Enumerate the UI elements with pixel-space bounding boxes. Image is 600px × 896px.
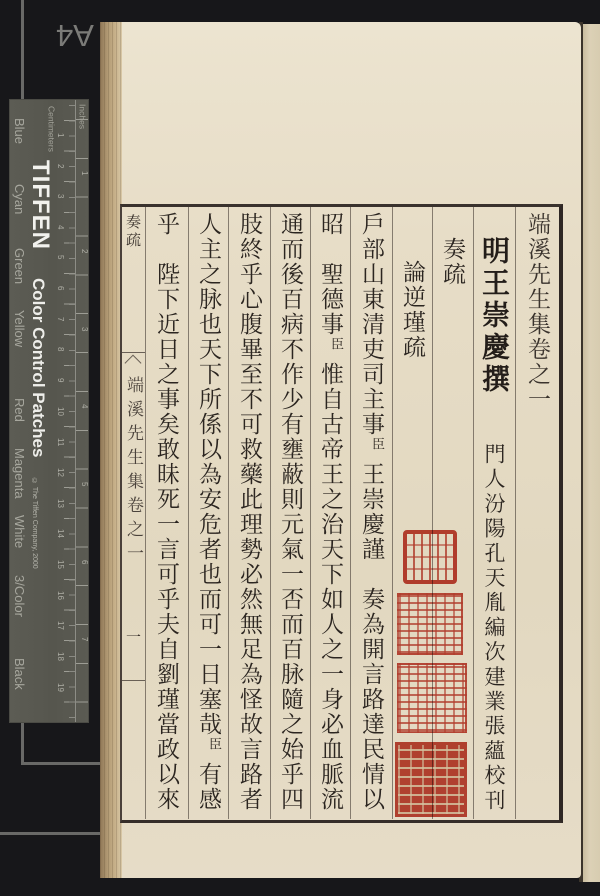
minister-small-char: 臣: [328, 337, 343, 362]
body-text: 戶部山東清吏司主事: [358, 212, 384, 437]
column-rule: [145, 207, 146, 819]
inch-mark: 2: [80, 249, 88, 253]
cm-mark: 10: [56, 407, 64, 416]
body-column-4: 肢終乎心腹畢至不可救藥此理勢必然無足為怪故言路者: [237, 212, 260, 812]
margin-book-title: 端溪先生集卷之一: [124, 376, 141, 568]
patch-label-red: Red: [13, 398, 26, 422]
body-column-5: 人主之脉也天下所係以為安危者也而可一日塞哉臣有感: [196, 212, 219, 812]
cm-mark: 11: [56, 438, 64, 446]
patch-label-green: Green: [13, 248, 26, 284]
color-card-copyright: © The Tiffen Company, 2000: [31, 478, 38, 569]
cm-mark: 17: [56, 621, 64, 630]
collector-seal-icon: [395, 742, 467, 817]
column-rule: [392, 207, 393, 819]
cm-mark: 1: [56, 133, 64, 137]
patch-label-black: Black: [13, 658, 26, 690]
paper-size-label: A4: [56, 20, 94, 51]
memorial-title: 論逆瑾疏: [400, 260, 423, 360]
column-rule: [515, 207, 516, 819]
patch-label-3color: 3/Color: [13, 575, 26, 617]
body-text: 肢終乎心腹畢至不可救藥此理勢必然無足為怪故言路者: [236, 212, 262, 812]
cm-mark: 4: [56, 225, 64, 229]
inch-mark: 4: [80, 404, 88, 408]
collector-seal-icon: [397, 663, 467, 733]
cm-mark: 8: [56, 347, 64, 351]
minister-small-char: 臣: [369, 437, 384, 462]
cm-mark: 18: [56, 652, 64, 661]
column-rule: [310, 207, 311, 819]
section-heading: 奏疏: [440, 237, 463, 287]
patch-label-blue: Blue: [13, 118, 26, 144]
fishtail-rule: [122, 352, 145, 353]
column-rule: [188, 207, 189, 819]
volume-title: 端溪先生集卷之一: [525, 212, 548, 412]
patch-label-yellow: Yellow: [13, 310, 26, 347]
body-text: 通而後百病不作少有壅蔽則元氣一否而百脉隨之始乎四: [277, 212, 303, 812]
body-text: 昭 聖德事: [317, 212, 343, 337]
body-text: 王崇慶謹 奏為開言路達民情以: [358, 462, 384, 812]
margin-lower-rule: [122, 680, 145, 681]
cm-mark: 2: [56, 164, 64, 168]
body-column-1: 戶部山東清吏司主事臣王崇慶謹 奏為開言路達民情以: [359, 212, 382, 812]
background-guide-line: [21, 722, 24, 764]
cm-mark: 12: [56, 468, 64, 477]
adjacent-page-edge: [583, 24, 600, 882]
inch-ruler-ticks: [76, 100, 88, 722]
body-text: 人主之脉也天下所係以為安危者也而可一日塞哉: [195, 212, 221, 737]
inch-mark: 5: [80, 482, 88, 486]
cm-mark: 3: [56, 194, 64, 198]
margin-section-label: 奏疏: [125, 214, 140, 250]
cm-mark: 7: [56, 317, 64, 321]
background-guide-line: [21, 0, 24, 100]
cm-mark: 14: [56, 529, 64, 538]
tiffen-logo: TIFFEN: [28, 160, 52, 250]
column-rule: [350, 207, 351, 819]
color-card-title: Color Control Patches: [30, 278, 47, 457]
cm-mark: 19: [56, 683, 64, 692]
collector-seal-icon: [403, 530, 457, 584]
body-text: 乎 陛下近日之事矣敢昧死一言可乎夫自劉瑾當政以來: [153, 212, 179, 812]
patch-label-magenta: Magenta: [13, 448, 26, 499]
column-rule: [228, 207, 229, 819]
margin-leaf-number: 一: [125, 629, 140, 647]
centimeters-label: Centimeters: [47, 106, 56, 152]
body-column-2: 昭 聖德事臣惟自古帝王之治天下如人之一身必血脈流: [318, 212, 341, 812]
column-rule: [270, 207, 271, 819]
body-column-6: 乎 陛下近日之事矣敢昧死一言可乎夫自劉瑾當政以來: [154, 212, 177, 812]
editor-credits: 門人汾陽孔天胤編次建業張蘊校刊: [483, 443, 504, 814]
inch-mark: 6: [80, 560, 88, 564]
cm-mark: 16: [56, 591, 64, 600]
page-spine-edge: [100, 22, 122, 878]
inch-mark: 3: [80, 327, 88, 331]
body-text: 有感: [195, 762, 221, 812]
collector-seal-icon: [397, 593, 463, 655]
inch-mark: 1: [80, 171, 88, 175]
patch-label-white: White: [13, 515, 26, 548]
background-guide-line: [21, 762, 100, 765]
minister-small-char: 臣: [206, 737, 221, 762]
cm-mark: 6: [56, 286, 64, 290]
background-guide-line: [0, 832, 100, 835]
cm-mark: 5: [56, 255, 64, 259]
body-text: 惟自古帝王之治天下如人之一身必血脈流: [317, 362, 343, 812]
patch-label-cyan: Cyan: [13, 184, 26, 214]
body-column-3: 通而後百病不作少有壅蔽則元氣一否而百脉隨之始乎四: [278, 212, 301, 812]
inches-label: Inches: [78, 104, 87, 129]
cm-mark: 13: [56, 499, 64, 508]
column-rule: [473, 207, 474, 819]
cm-mark: 9: [56, 378, 64, 382]
author-line: 明王崇慶撰: [480, 236, 508, 396]
inch-mark: 7: [80, 637, 88, 641]
cm-mark: 15: [56, 560, 64, 569]
